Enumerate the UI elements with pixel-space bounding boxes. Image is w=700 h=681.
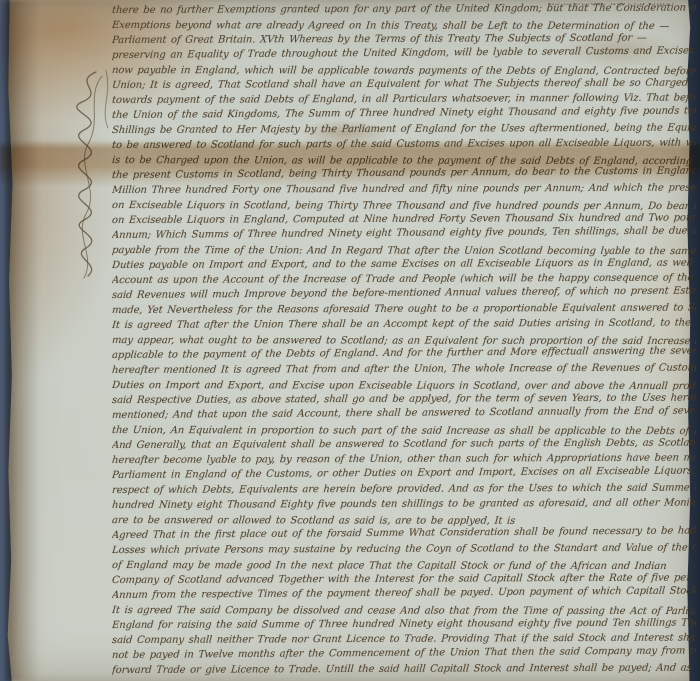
manuscript-line: preserving an Equality of Trade througho… bbox=[112, 43, 696, 63]
manuscript-line: Agreed That in the first place out of th… bbox=[112, 525, 696, 541]
manuscript-text: as is before agreed that there be no fur… bbox=[112, 3, 696, 681]
manuscript-line: It is agreed That after the Union There … bbox=[112, 315, 696, 333]
manuscript-line: hereafter mentioned It is agreed That fr… bbox=[112, 360, 696, 378]
manuscript-line: Million Three hundred Forty one Thousand… bbox=[112, 180, 696, 198]
manuscript-line: Losses which private Persons may sustain… bbox=[112, 540, 696, 558]
manuscript-line: to be answered to Scotland for such part… bbox=[112, 135, 696, 153]
manuscript-line: forward Trade or give Licence to Trade. … bbox=[112, 660, 696, 678]
manuscript-line: Annum from the respective Times of the p… bbox=[112, 583, 696, 603]
manuscript-line: mentioned; And that upon the said Accoun… bbox=[112, 403, 696, 423]
manuscript-photo: as is before agreed that there be no fur… bbox=[0, 0, 700, 681]
manuscript-line: hundred Ninety eight Thousand Eighty fiv… bbox=[112, 495, 696, 513]
manuscript-line: there be no further Exemptions granted u… bbox=[112, 3, 696, 18]
manuscript-line: Annum; Which Summs of Three hundred Nine… bbox=[112, 223, 696, 243]
